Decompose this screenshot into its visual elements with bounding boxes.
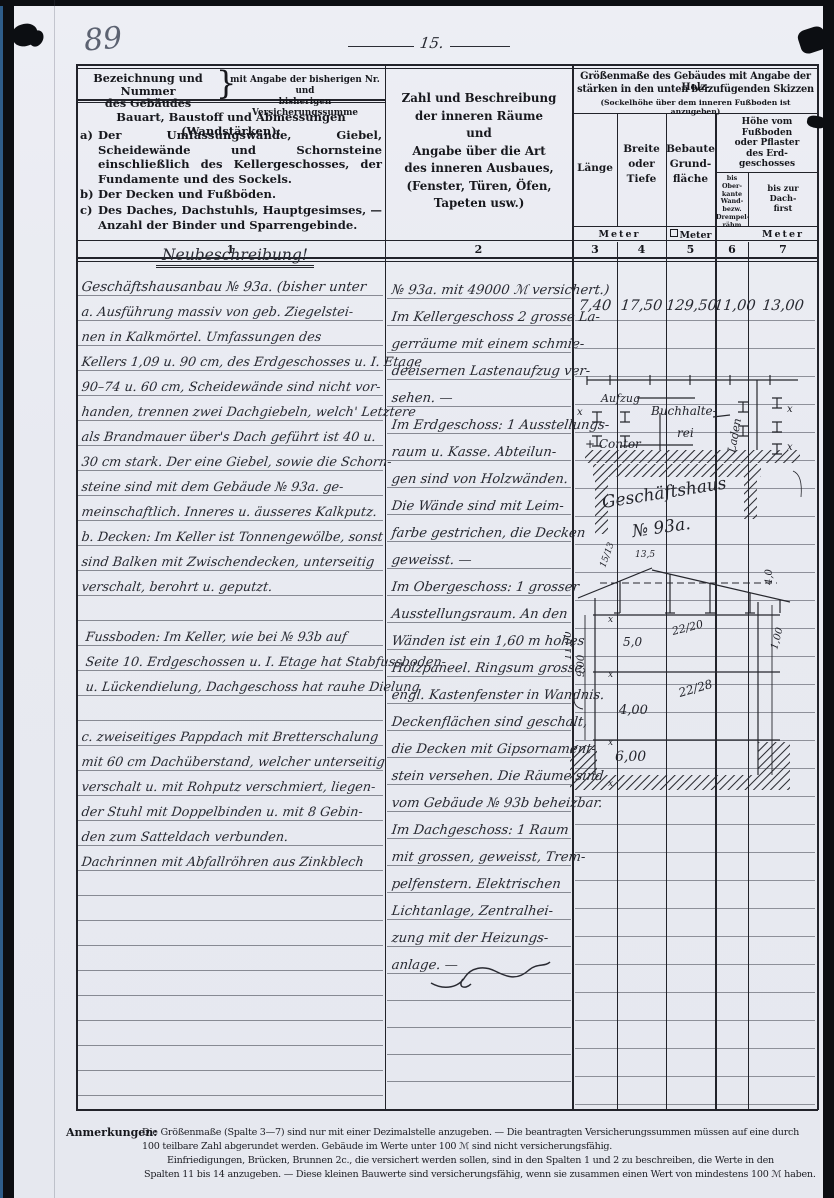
entry-col2-dachgeschoss: Im Dachgeschoss: 1 Raummit grossen, gewe…	[390, 817, 570, 979]
handwriting-line: die Decken mit Gipsornament-	[390, 736, 573, 763]
col-laenge-label: Länge	[573, 162, 617, 174]
plan-mark: x	[787, 442, 793, 453]
dim-height-left-inner: 9,00	[576, 654, 587, 677]
handwriting-line: engl. Kastenfenster in Wandnis.	[390, 682, 573, 709]
col-number-6: 6	[716, 243, 748, 256]
entry-col1-paragraph-b: b. Decken: Im Keller ist Tonnengewölbe, …	[80, 525, 383, 600]
plan-label-buchhalterei: Buchhalte-	[650, 404, 717, 418]
bauart-item-list: a)Der Umfassungswände, Giebel, Scheidewä…	[80, 128, 382, 233]
col-number-4: 4	[617, 243, 666, 256]
handwriting-line: pelfenstern. Elektrischen	[390, 871, 573, 898]
signature-flourish	[425, 957, 555, 993]
handwriting-line: mit 60 cm Dachüberstand, welcher unterse…	[80, 750, 386, 775]
handwriting-line: Dachrinnen mit Abfallröhren aus Zinkblec…	[80, 850, 386, 875]
col-number-7: 7	[748, 243, 818, 256]
handwriting-line: den zum Satteldach verbunden.	[80, 825, 386, 850]
footer-line: Spalten 11 bis 14 anzugeben. — Diese kle…	[144, 1169, 816, 1180]
handwriting-line: nen in Kalkmörtel. Umfassungen des	[80, 325, 386, 350]
dim-eave-right: 4,0	[764, 568, 775, 586]
handwriting-line: b. Decken: Im Keller ist Tonnengewölbe, …	[80, 525, 386, 550]
col-hoehe-sub1-label: bis Ober- kante Wand- bezw. Drempel- räh…	[716, 175, 748, 230]
dim-mark: x	[608, 779, 613, 789]
sketch-building-name: Geschäftshaus	[601, 473, 728, 512]
handwriting-line: u. Lückendielung, Dachgeschoss hat rauhe…	[84, 675, 386, 700]
handwriting-line: Fussboden: Im Keller, wie bei № 93b auf	[84, 625, 386, 650]
dim-mark: x	[608, 670, 613, 680]
entry-col2-intro: № 93a. mit 49000 ℳ versichert.)	[390, 277, 570, 304]
page-number-dash	[450, 46, 510, 47]
scan-edge-left	[3, 0, 14, 1198]
measures-note: (Sockelhöhe über dem inneren Fußboden is…	[575, 98, 816, 116]
dim-mark: x	[608, 615, 613, 625]
entry-col1-paragraph-c: c. zweiseitiges Pappdach mit Bretterscha…	[80, 725, 383, 875]
entry-col1-paragraph-a: a. Ausführung massiv von geb. Ziegelstei…	[80, 300, 383, 525]
bauart-item: b)Der Decken und Fußböden.	[80, 187, 382, 202]
handwriting-line: Wänden ist ein 1,60 m hohes	[390, 628, 573, 655]
plan-label-contor: + Contor	[585, 437, 642, 451]
meter-label-67: Meter	[748, 229, 818, 240]
entry-heading: Neubeschreibung!	[110, 246, 360, 264]
page-number: 15.	[348, 34, 528, 52]
handwriting-line: gen sind von Holzwänden.	[390, 466, 573, 493]
entry-col1-intro: Geschäftshausanbau № 93a. (bisher unter	[80, 275, 383, 300]
table-rule	[76, 68, 818, 69]
measures-title-2: stärken in den unten beizufügenden Skizz…	[575, 84, 816, 95]
col-hoehe-label: Höhe vom Fußboden oder Pflaster des Erd-…	[716, 117, 818, 170]
corner-mark: 89	[83, 20, 124, 58]
handwriting-line: Lichtanlage, Zentralhei-	[390, 898, 573, 925]
handwriting-line: 30 cm stark. Der eine Giebel, sowie die …	[80, 450, 386, 475]
col2-header: Zahl und Beschreibung der inneren Räume …	[387, 90, 571, 213]
handwriting-line: Holzpaneel. Ringsum grosse,	[390, 655, 573, 682]
bauart-item: c)Des Daches, Dachstuhls, Hauptgesimses,…	[80, 203, 382, 232]
handwriting-line: sehen. —	[390, 385, 573, 412]
handwriting-line: Deckenflächen sind geschalt,	[390, 709, 573, 736]
handwriting-line: Ausstellungsraum. An den	[390, 601, 573, 628]
dim-beam-lower: 22/28	[676, 677, 714, 700]
plan-label-aufzug: Aufzug	[600, 392, 640, 405]
page-number-value: 15.	[419, 34, 445, 52]
col-breite-label: Breite oder Tiefe	[617, 142, 666, 187]
handwriting-line: Kellers 1,09 u. 90 cm, des Erdgeschosses…	[80, 350, 386, 375]
footer-line: 100 teilbare Zahl abgerundet werden. Geb…	[142, 1141, 612, 1152]
footer-line: Einfriedigungen, Brücken, Brunnen 2c., d…	[167, 1155, 774, 1166]
handwriting-line: Seite 10. Erdgeschossen u. I. Etage hat …	[84, 650, 386, 675]
handwriting-line: Im Erdgeschoss: 1 Ausstellungs-	[390, 412, 573, 439]
handwriting-line: meinschaftlich. Inneres u. äusseres Kalk…	[80, 500, 386, 525]
fold-line	[54, 0, 55, 1198]
handwriting-line: Im Obergeschoss: 1 grosser	[390, 574, 573, 601]
handwriting-line: raum u. Kasse. Abteilun-	[390, 439, 573, 466]
entry-col2-obergeschoss: Im Obergeschoss: 1 grosserAusstellungsra…	[390, 574, 570, 817]
handwriting-line: deeisernen Lastenaufzug ver-	[390, 358, 573, 385]
handwriting-line: zung mit der Heizungs-	[390, 925, 573, 952]
handwriting-line: mit grossen, geweisst, Trem-	[390, 844, 573, 871]
entry-col1-paragraph-fussboden: Fussboden: Im Keller, wie bei № 93b aufS…	[84, 625, 383, 700]
handwriting-line: Im Dachgeschoss: 1 Raum	[390, 817, 573, 844]
handwriting-line: a. Ausführung massiv von geb. Ziegelstei…	[80, 300, 386, 325]
dim-beam-upper: 22/20	[670, 618, 705, 639]
bauart-item: a)Der Umfassungswände, Giebel, Scheidewä…	[80, 128, 382, 186]
footer-line: Die Größenmaße (Spalte 3—7) sind nur mit…	[142, 1127, 799, 1138]
plan-mark: x	[577, 407, 583, 418]
handwriting-line: stein versehen. Die Räume sind	[390, 763, 573, 790]
table-rule	[385, 64, 386, 1110]
handwriting-line: als Brandmauer über's Dach geführt ist 4…	[80, 425, 386, 450]
table-rule	[573, 226, 818, 227]
handwriting-line: Die Wände sind mit Leim-	[390, 493, 573, 520]
handwriting-line: verschalt u. mit Rohputz verschmiert, li…	[80, 775, 386, 800]
handwriting-line: handen, trennen zwei Dachgiebeln, welch'…	[80, 400, 386, 425]
meter-label-5: Meter	[666, 229, 715, 241]
plan-label-buchhalterei-2: rei	[677, 426, 694, 440]
table-rule	[716, 172, 818, 173]
meter-label-34: Meter	[573, 229, 666, 240]
plan-mark: x	[787, 404, 793, 415]
table-rule	[76, 1109, 818, 1111]
scan-edge-right	[823, 0, 834, 1198]
page-number-dash	[348, 46, 414, 47]
col1-header-title: Bezeichnung und Nummer des Gebäudes	[78, 72, 218, 110]
col-flaeche-label: Bebaute Grund- fläche	[666, 142, 715, 187]
entry-col2-erdgeschoss: Im Erdgeschoss: 1 Ausstellungs-raum u. K…	[390, 412, 570, 574]
handwriting-line: sind Balken mit Zwischendecken, untersei…	[80, 550, 386, 575]
scan-edge-top	[0, 0, 834, 6]
col-number-3: 3	[573, 243, 617, 256]
handwriting-line: gerräume mit einem schmie-	[390, 331, 573, 358]
handwriting-line: c. zweiseitiges Pappdach mit Bretterscha…	[80, 725, 386, 750]
handwriting-line: vom Gebäude № 93b beheizbar.	[390, 790, 573, 817]
dim-storey-upper: 5,0	[623, 635, 642, 649]
table-rule	[76, 64, 78, 1110]
col-number-2: 2	[385, 243, 572, 256]
col-number-5: 5	[666, 243, 715, 256]
handwriting-line: geweisst. —	[390, 547, 573, 574]
table-rule	[76, 64, 818, 66]
col-hoehe-sub2-label: bis zur Dach- first	[748, 183, 818, 213]
building-sketch: Aufzug Buchhalte- rei + Contor Laden x x…	[565, 265, 830, 810]
scanned-insurance-form: Bezeichnung und Nummer des Gebäudes } mi…	[0, 0, 834, 1198]
dim-storey-lower: 4,00	[618, 703, 648, 718]
sketch-building-number: № 93a.	[630, 514, 692, 542]
handwriting-line: steine sind mit dem Gebäude № 93a. ge-	[80, 475, 386, 500]
entry-col2-keller: Im Kellergeschoss 2 grosse La-gerräume m…	[390, 304, 570, 412]
handwriting-line: der Stuhl mit Doppelbinden u. mit 8 Gebi…	[80, 800, 386, 825]
square-meter-symbol	[670, 229, 678, 237]
dim-height-left-outer: 11,00	[565, 631, 574, 660]
dim-rafter-peak: 13,5	[635, 550, 655, 560]
dim-rafter-left: 15/13	[598, 541, 616, 569]
handwriting-line: 90–74 u. 60 cm, Scheidewände sind nicht …	[80, 375, 386, 400]
dim-mark: x	[608, 738, 613, 748]
handwriting-line: farbe gestrichen, die Decken	[390, 520, 573, 547]
handwriting-line: Im Kellergeschoss 2 grosse La-	[390, 304, 573, 331]
handwriting-line: verschalt, berohrt u. geputzt.	[80, 575, 386, 600]
dim-storey-cellar: 6,00	[615, 749, 646, 765]
